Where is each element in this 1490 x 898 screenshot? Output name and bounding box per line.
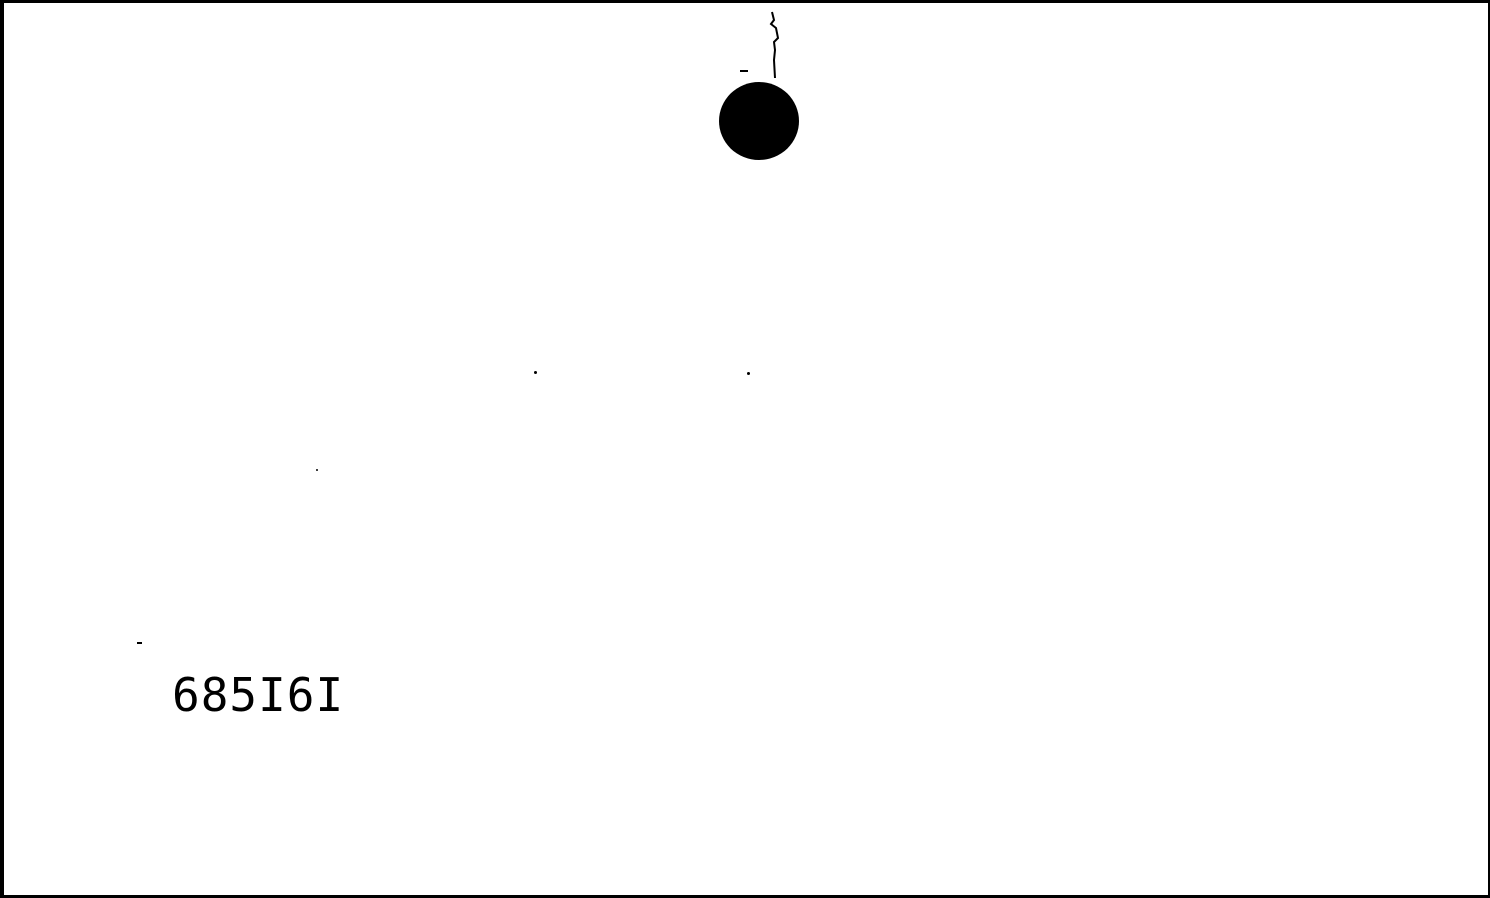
card-number: 685I6I <box>172 668 344 722</box>
speck <box>534 371 537 374</box>
speck <box>747 372 750 375</box>
smudge <box>740 70 748 72</box>
punch-hole <box>719 82 799 160</box>
pen-mark-icon <box>766 10 782 80</box>
speck <box>316 469 318 471</box>
smudge <box>137 642 142 644</box>
